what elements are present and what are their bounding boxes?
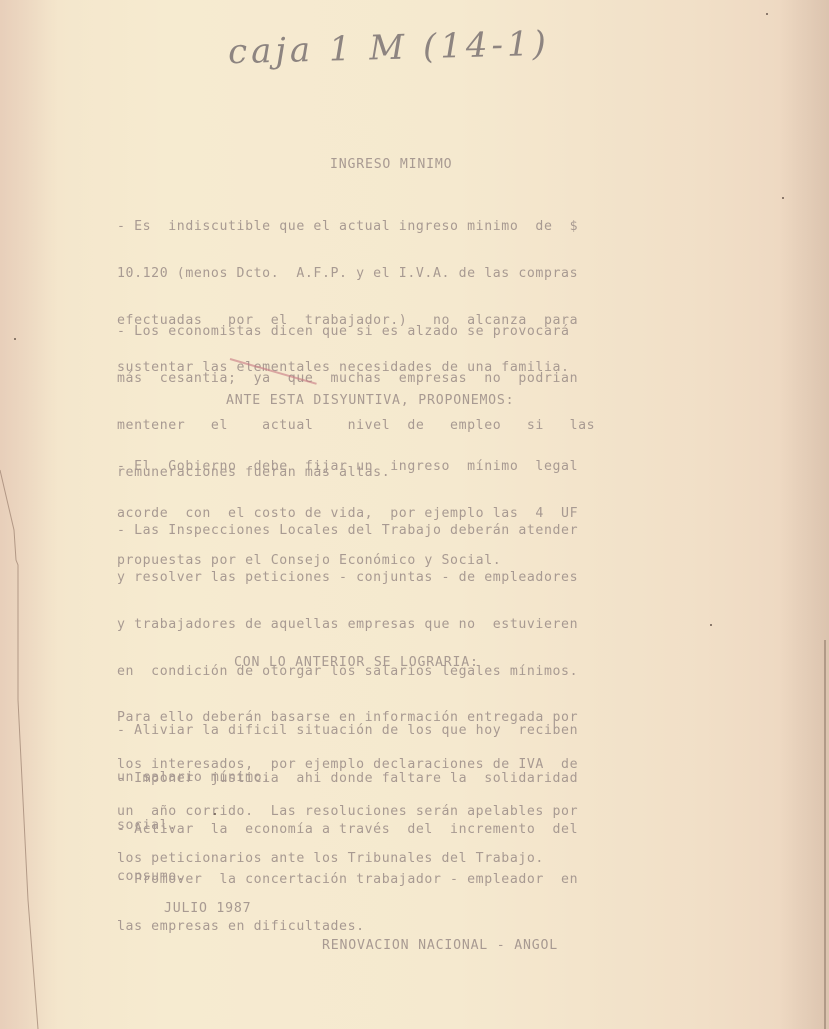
document-title: INGRESO MINIMO: [330, 157, 452, 172]
text-line: y resolver las peticiones - conjuntas - …: [117, 570, 662, 586]
text-line: - Las Inspecciones Locales del Trabajo d…: [117, 523, 662, 539]
paper-speck: [710, 624, 712, 626]
paper-speck: [14, 338, 16, 340]
paper-shadow-left: [0, 0, 60, 1029]
text-line: - El Gobierno debe fijar un ingreso míni…: [117, 459, 662, 475]
paper-fold-edge-left: [0, 0, 60, 1029]
text-line: - Imponer justicia ahi donde faltare la …: [117, 771, 662, 787]
text-line: - Es indiscutible que el actual ingreso …: [117, 219, 662, 235]
paper-speck: [766, 13, 768, 15]
text-line: - Aliviar la dificil situación de los qu…: [117, 723, 662, 739]
proposals-heading: ANTE ESTA DISYUNTIVA, PROPONEMOS:: [226, 393, 514, 408]
result-4: - Promover la concertación trabajador - …: [117, 841, 662, 950]
text-line: 10.120 (menos Dcto. A.F.P. y el I.V.A. d…: [117, 266, 662, 282]
paper-shadow-right: [779, 0, 829, 1029]
text-line: - Promover la concertación trabajador - …: [117, 872, 662, 888]
text-line: - Activar la economía a través del incre…: [117, 822, 662, 838]
paper-speck: [214, 813, 216, 815]
paper-fold-edge-right: [817, 0, 829, 1029]
paper-speck: [782, 197, 784, 199]
results-heading: CON LO ANTERIOR SE LOGRARIA:: [234, 655, 479, 670]
text-line: y trabajadores de aquellas empresas que …: [117, 617, 662, 633]
signature: RENOVACION NACIONAL - ANGOL: [322, 938, 558, 953]
document-date: JULIO 1987: [164, 901, 251, 916]
text-line: - Los economistas dicen que si es alzado…: [117, 324, 662, 340]
text-line: las empresas en dificultades.: [117, 919, 662, 935]
archive-handwritten-note: caja 1 M (14-1): [228, 24, 551, 72]
text-line: más cesantia; ya que muchas empresas no …: [117, 371, 662, 387]
